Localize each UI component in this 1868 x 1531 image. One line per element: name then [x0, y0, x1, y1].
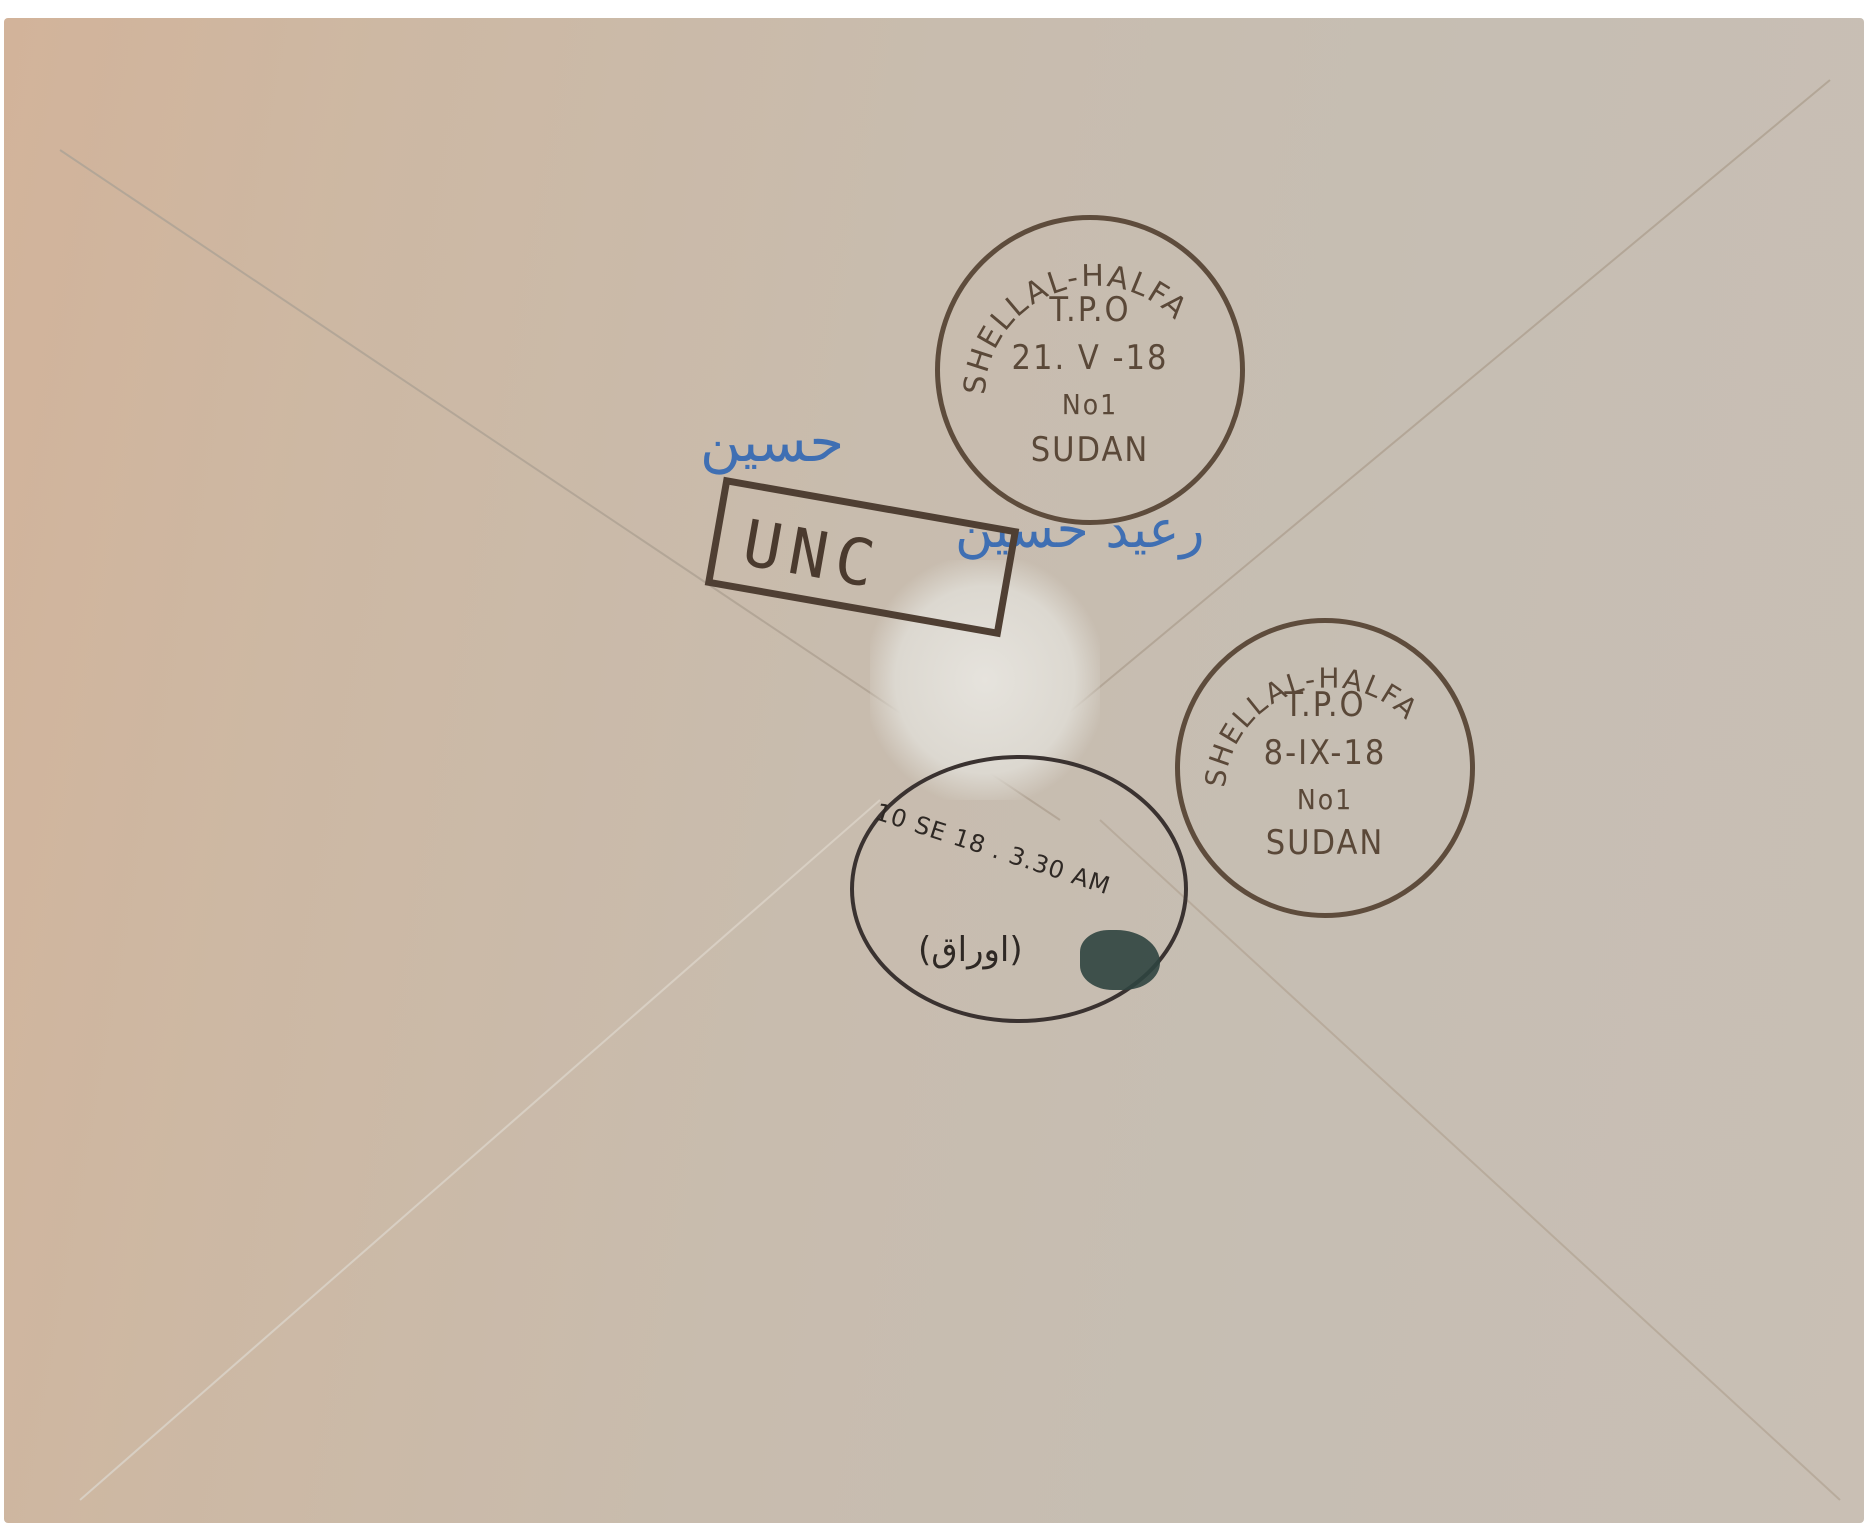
postmark-number: No1 [940, 388, 1240, 421]
postmark-number: No1 [1180, 783, 1470, 816]
postmark-tpo: T.P.O [940, 290, 1240, 330]
cairo-postmark-arabic: (اوراق) [918, 930, 1023, 970]
postmark-date: 21. V -18 [940, 338, 1240, 378]
postmark-shellal-halfa-right: SHELLAL-HALFA T.P.O 8-IX-18 No1 SUDAN [1175, 618, 1475, 918]
postmark-shellal-halfa-top: SHELLAL-HALFA T.P.O 21. V -18 No1 SUDAN [935, 215, 1245, 525]
handwritten-arabic-line-1: حسين [700, 410, 844, 475]
postmark-date: 8-IX-18 [1180, 733, 1470, 773]
postmark-country: SUDAN [1180, 823, 1470, 863]
postmark-tpo: T.P.O [1180, 685, 1470, 725]
postmark-country: SUDAN [940, 430, 1240, 470]
